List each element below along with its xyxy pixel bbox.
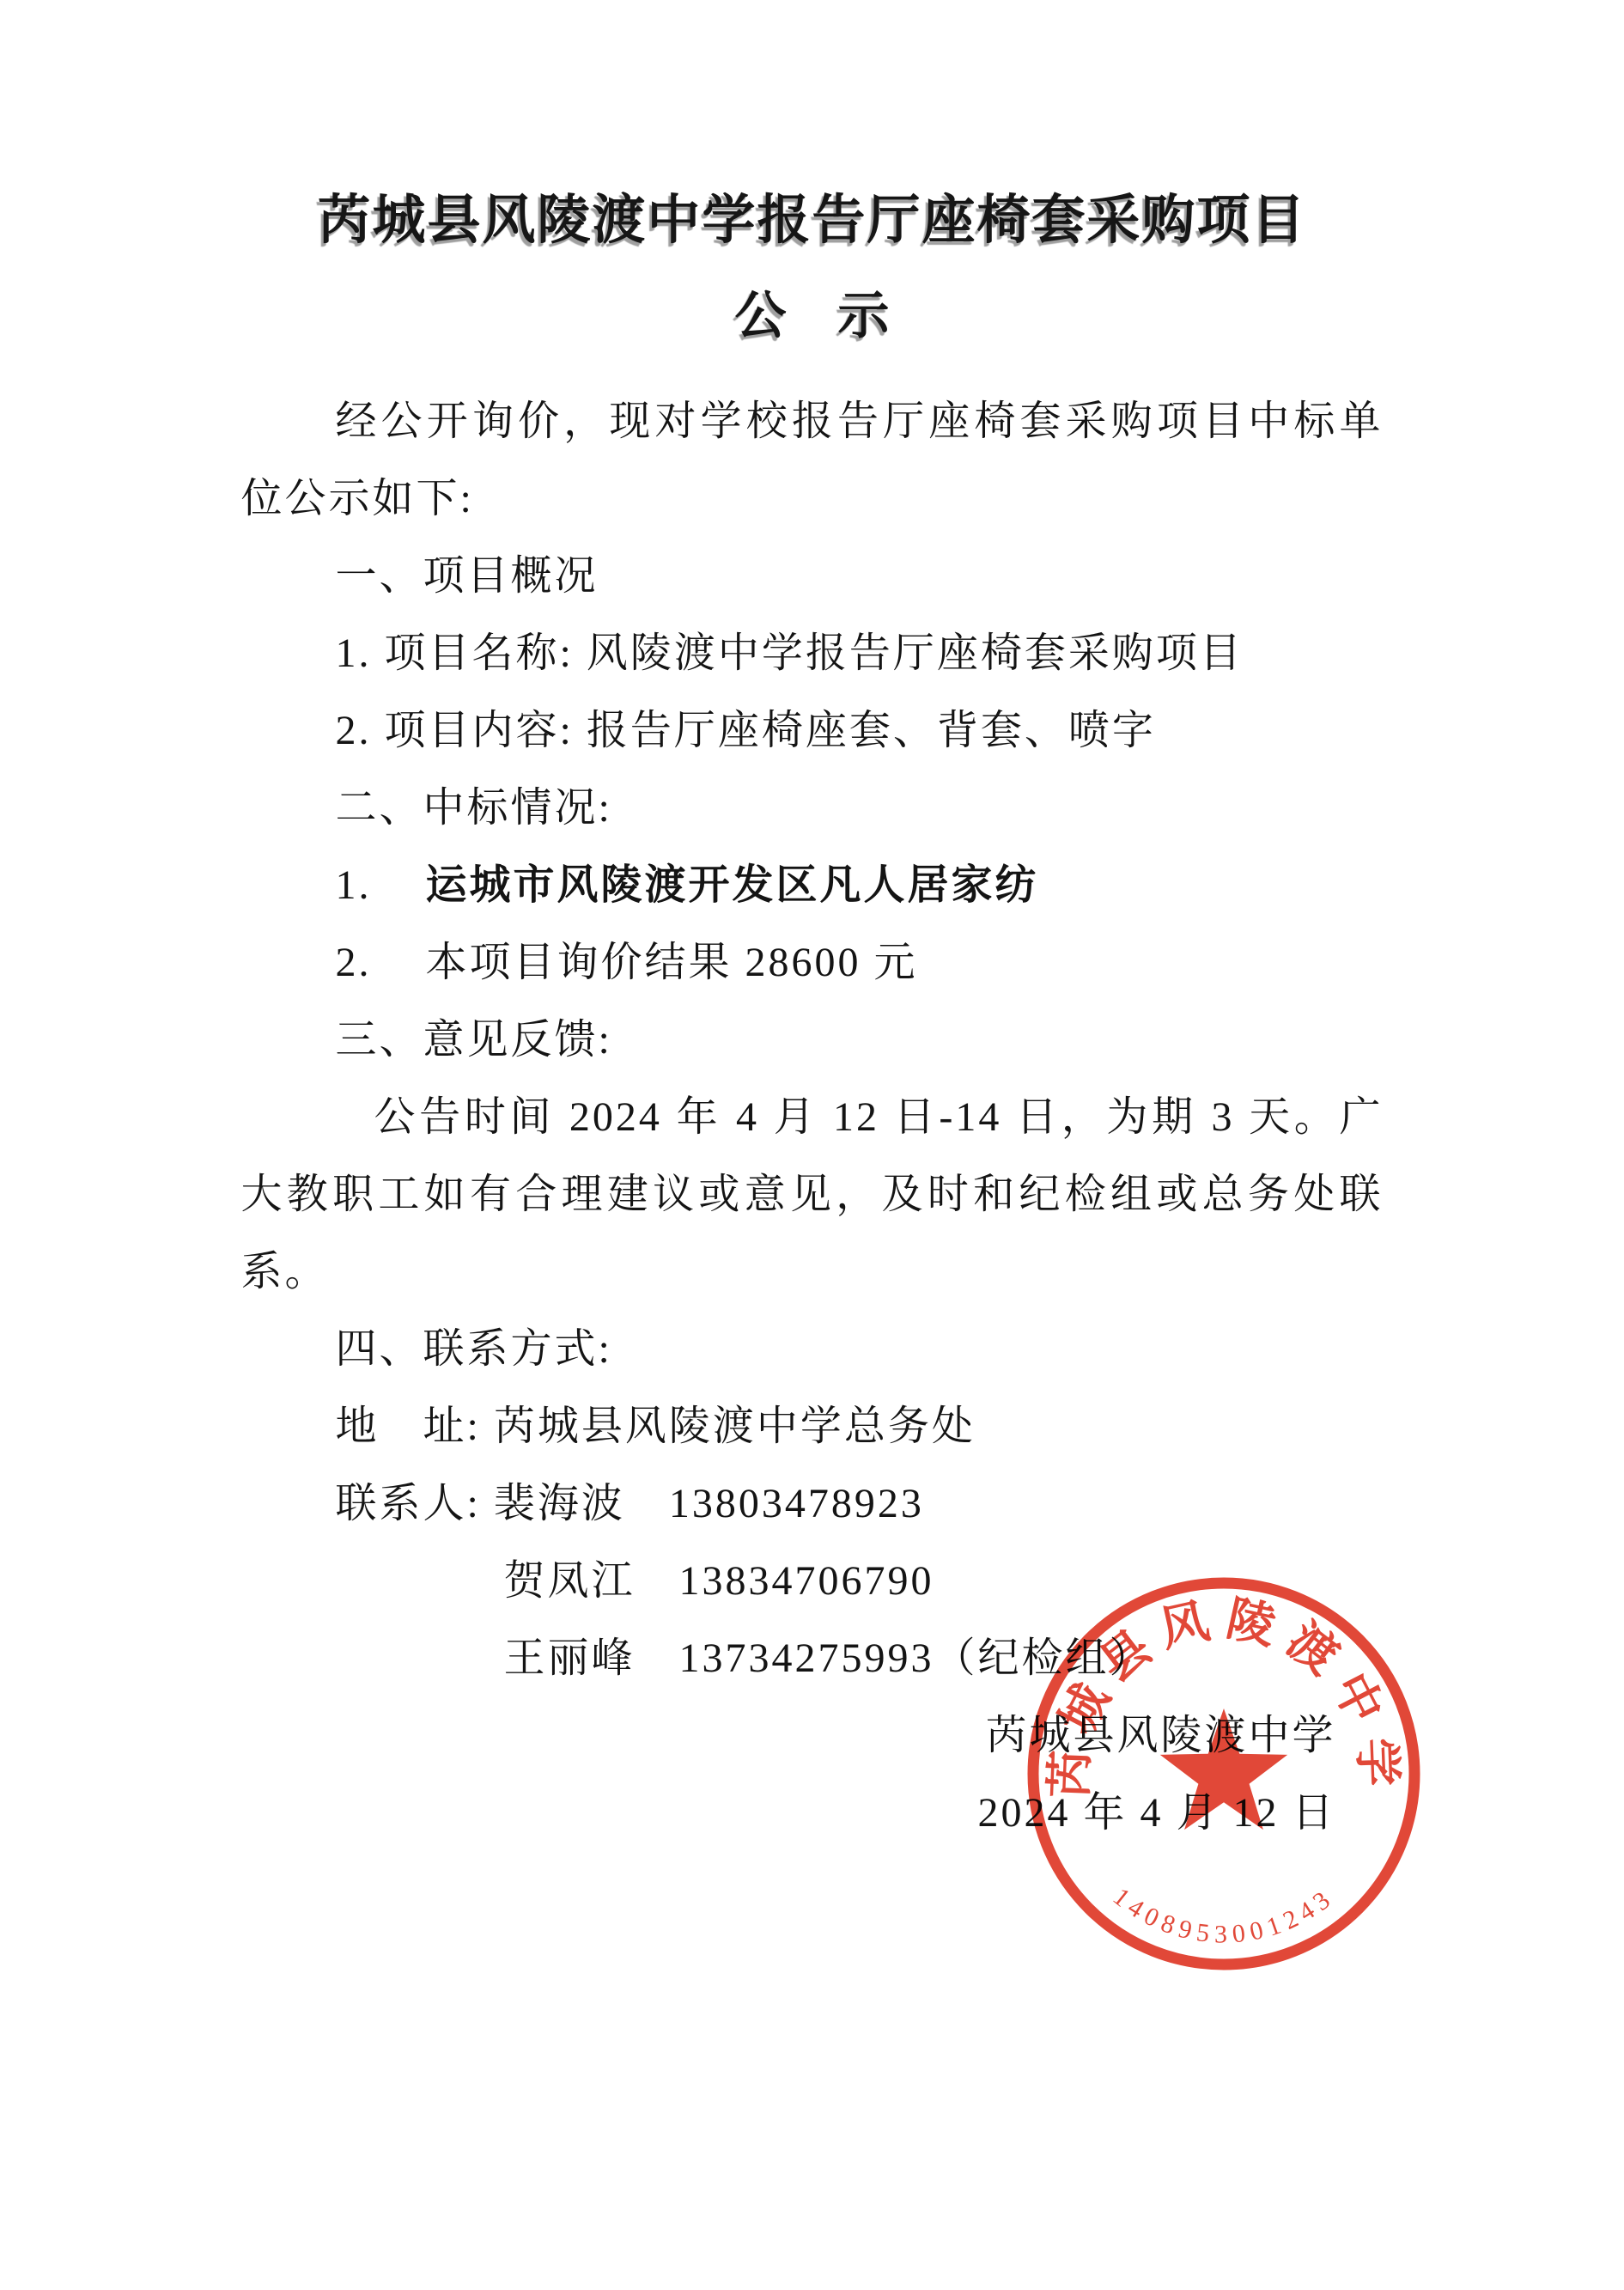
paragraph-intro: 经公开询价，现对学校报告厅座椅套采购项目中标单位公示如下: [241,383,1384,538]
paragraph-address: 地 址: 芮城县风陵渡中学总务处 [241,1388,1384,1465]
paragraph-project-name: 1. 项目名称: 风陵渡中学报告厅座椅套采购项目 [241,615,1384,692]
section-heading-3: 三、意见反馈: [241,1002,1384,1079]
price-text: 本项目询价结果 28600 元 [426,940,918,985]
winner-name: 运城市风陵渡开发区凡人居家纺 [426,862,1039,908]
paragraph-winner: 1.运城市风陵渡开发区凡人居家纺 [241,847,1384,924]
document-subtitle: 公 示 [241,271,1384,361]
svg-text:1408953001243: 1408953001243 [1108,1882,1341,1948]
section-heading-2: 二、中标情况: [241,770,1384,847]
list-number: 1. [336,847,426,924]
section-heading-4: 四、联系方式: [241,1311,1384,1388]
paragraph-feedback: 公告时间 2024 年 4 月 12 日-14 日，为期 3 天。广大教职工如有… [241,1079,1384,1311]
scanned-notice-page: { "document": { "title": "芮城县风陵渡中学报告厅座椅套… [0,0,1624,2290]
paragraph-price: 2.本项目询价结果 28600 元 [241,924,1384,1002]
paragraph-project-scope: 2. 项目内容: 报告厅座椅座套、背套、喷字 [241,692,1384,770]
paragraph-contact-2: 贺凤江 13834706790 [241,1543,1384,1620]
paragraph-contact-1: 联系人: 裴海波 13803478923 [241,1465,1384,1543]
seal-serial-number: 1408953001243 [1108,1882,1341,1948]
paragraph-contact-3: 王丽峰 13734275993（纪检组） [241,1620,1384,1697]
signature-org: 芮城县风陵渡中学 [241,1697,1384,1775]
signature-date: 2024 年 4 月 12 日 [241,1775,1384,1852]
document-body: 芮城县风陵渡中学报告厅座椅套采购项目 公 示 经公开询价，现对学校报告厅座椅套采… [241,0,1384,1852]
list-number: 2. [336,924,426,1002]
document-title: 芮城县风陵渡中学报告厅座椅套采购项目 [241,170,1384,271]
document-text-block: 经公开询价，现对学校报告厅座椅套采购项目中标单位公示如下: 一、项目概况 1. … [241,383,1384,1852]
section-heading-1: 一、项目概况 [241,538,1384,615]
